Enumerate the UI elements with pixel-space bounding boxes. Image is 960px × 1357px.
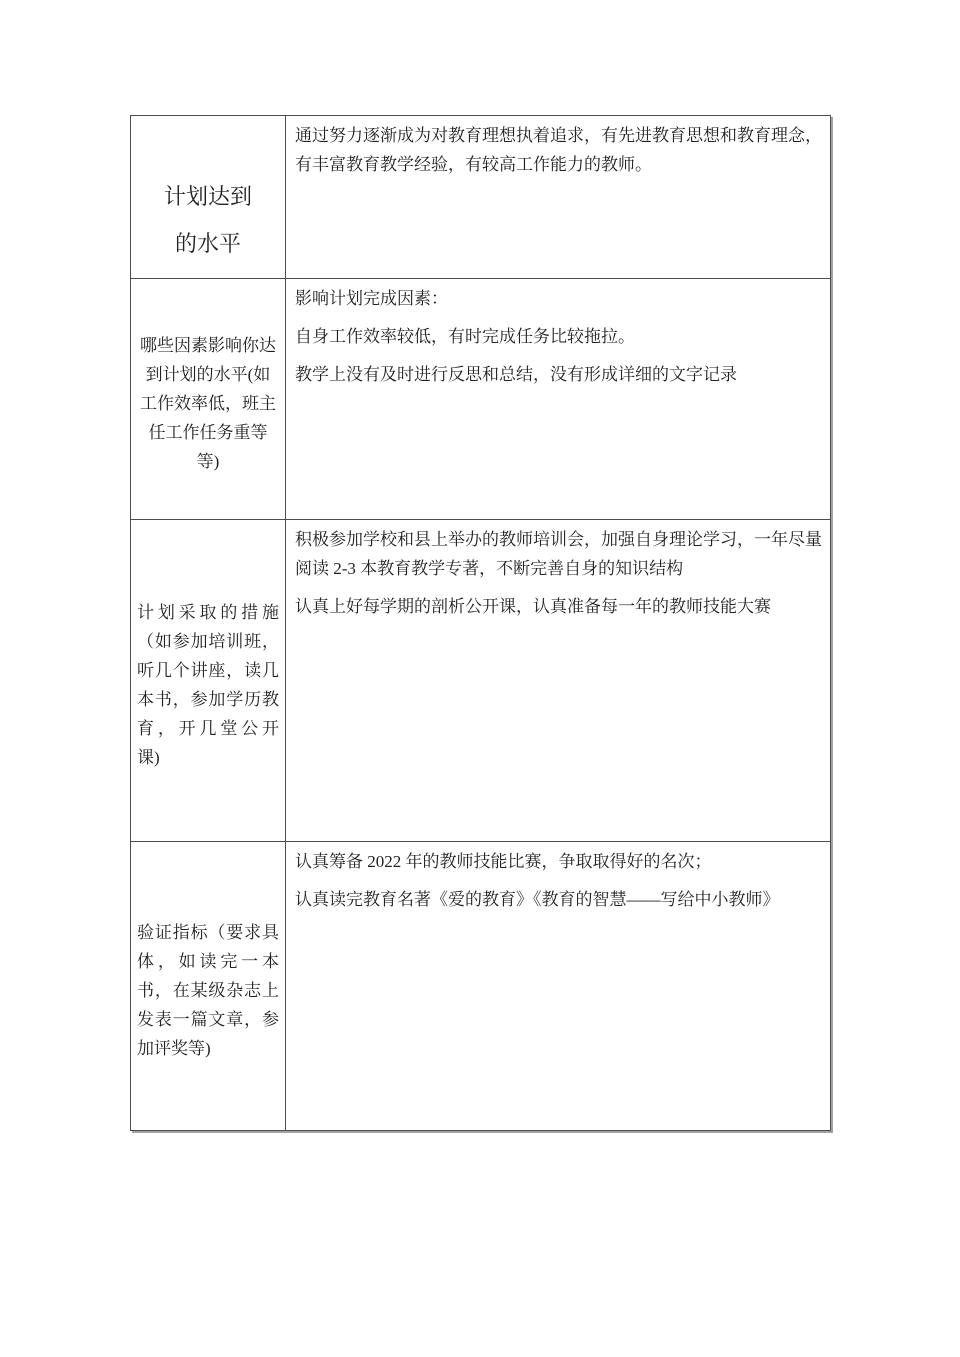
- row-label-line: 育，开几堂公开: [137, 714, 279, 743]
- content-paragraph: 影响计划完成因素：: [295, 284, 822, 313]
- row-label-line: 任工作任务重等: [137, 418, 279, 447]
- row-content-cell-planned-level: 通过努力逐渐成为对教育理想执着追求，有先进教育思想和教育理念，有丰富教育教学经验…: [286, 116, 831, 279]
- row-content-cell-planned-measures: 积极参加学校和县上举办的教师培训会，加强自身理论学习，一年尽量阅读 2-3 本教…: [286, 520, 831, 842]
- row-label-line: 计划达到: [137, 173, 279, 220]
- row-label-cell-planned-level: 计划达到的水平: [131, 116, 286, 279]
- row-label-line: （如参加培训班，: [137, 627, 279, 656]
- content-paragraph: 通过努力逐渐成为对教育理想执着追求，有先进教育思想和教育理念，有丰富教育教学经验…: [295, 121, 822, 179]
- table-row-verification-indicators: 验证指标（要求具体，如读完一本书，在某级杂志上发表一篇文章，参加评奖等)认真筹备…: [131, 842, 831, 1131]
- row-content-cell-verification-indicators: 认真筹备 2022 年的教师技能比赛，争取取得好的名次；认真读完教育名著《爱的教…: [286, 842, 831, 1131]
- content-paragraph: 教学上没有及时进行反思和总结，没有形成详细的文字记录: [295, 360, 822, 389]
- row-content-cell-influencing-factors: 影响计划完成因素：自身工作效率较低，有时完成任务比较拖拉。教学上没有及时进行反思…: [286, 279, 831, 520]
- row-label-line: 听几个讲座，读几: [137, 656, 279, 685]
- row-label-line: 验证指标（要求具: [137, 918, 279, 947]
- content-paragraph: 积极参加学校和县上举办的教师培训会，加强自身理论学习，一年尽量阅读 2-3 本教…: [295, 525, 822, 583]
- row-label-line: 课): [137, 743, 279, 772]
- row-label-line: 计划采取的措施: [137, 598, 279, 627]
- table-row-influencing-factors: 哪些因素影响你达到计划的水平(如工作效率低，班主任工作任务重等等)影响计划完成因…: [131, 279, 831, 520]
- row-label-line: 等): [137, 447, 279, 476]
- row-label-line: 工作效率低，班主: [137, 389, 279, 418]
- row-label-line: 书，在某级杂志上: [137, 976, 279, 1005]
- row-label-cell-planned-measures: 计划采取的措施（如参加培训班，听几个讲座，读几本书，参加学历教育，开几堂公开课): [131, 520, 286, 842]
- row-label-line: 的水平: [137, 220, 279, 267]
- row-label-line: 加评奖等): [137, 1034, 279, 1063]
- table-row-planned-level: 计划达到的水平通过努力逐渐成为对教育理想执着追求，有先进教育思想和教育理念，有丰…: [131, 116, 831, 279]
- row-label-line: 哪些因素影响你达: [137, 331, 279, 360]
- row-label-cell-verification-indicators: 验证指标（要求具体，如读完一本书，在某级杂志上发表一篇文章，参加评奖等): [131, 842, 286, 1131]
- row-label-line: 体，如读完一本: [137, 947, 279, 976]
- content-paragraph: 认真读完教育名著《爱的教育》《教育的智慧——写给中小教师》: [295, 885, 822, 914]
- row-label-line: 本书，参加学历教: [137, 685, 279, 714]
- content-paragraph: 自身工作效率较低，有时完成任务比较拖拉。: [295, 322, 822, 351]
- row-label-line: 到计划的水平(如: [137, 360, 279, 389]
- content-paragraph: 认真筹备 2022 年的教师技能比赛，争取取得好的名次；: [295, 847, 822, 876]
- row-label-cell-influencing-factors: 哪些因素影响你达到计划的水平(如工作效率低，班主任工作任务重等等): [131, 279, 286, 520]
- row-label-line: 发表一篇文章，参: [137, 1005, 279, 1034]
- plan-form-table-body: 计划达到的水平通过努力逐渐成为对教育理想执着追求，有先进教育思想和教育理念，有丰…: [131, 116, 831, 1131]
- table-row-planned-measures: 计划采取的措施（如参加培训班，听几个讲座，读几本书，参加学历教育，开几堂公开课)…: [131, 520, 831, 842]
- content-paragraph: 认真上好每学期的剖析公开课，认真准备每一年的教师技能大赛: [295, 592, 822, 621]
- plan-form-table: 计划达到的水平通过努力逐渐成为对教育理想执着追求，有先进教育思想和教育理念，有丰…: [130, 115, 831, 1131]
